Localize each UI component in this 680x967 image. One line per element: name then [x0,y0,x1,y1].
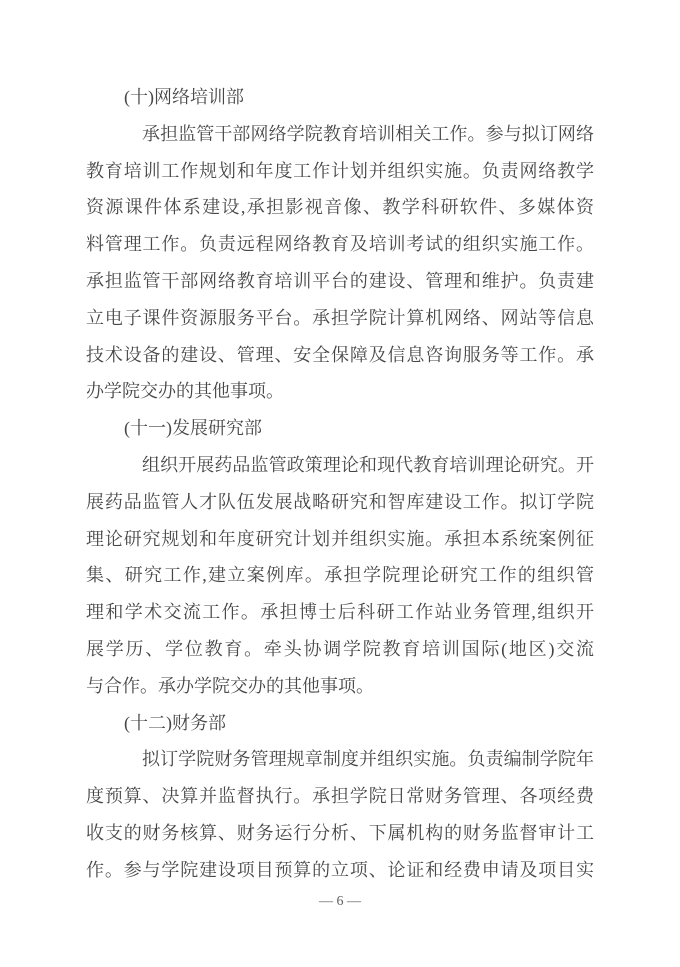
text-line: 承担监管干部网络学院教育培训相关工作。参与拟订网络 [86,116,594,153]
document-body: (十)网络培训部承担监管干部网络学院教育培训相关工作。参与拟订网络教育培训工作规… [86,79,594,889]
section-heading: (十)网络培训部 [86,79,594,116]
page-number: — 6 — [319,894,361,909]
text-line: 办学院交办的其他事项。 [86,373,594,410]
text-line: 承担监管干部网络教育培训平台的建设、管理和维护。负责建 [86,263,594,300]
section-heading: (十一)发展研究部 [86,410,594,447]
text-line: 收支的财务核算、财务运行分析、下属机构的财务监督审计工 [86,815,594,852]
text-line: 与合作。承办学院交办的其他事项。 [86,668,594,705]
text-line: 展学历、学位教育。牵头协调学院教育培训国际(地区)交流 [86,631,594,668]
page-footer: — 6 — [0,892,680,912]
text-line: 技术设备的建设、管理、安全保障及信息咨询服务等工作。承 [86,337,594,374]
text-line: 立电子课件资源服务平台。承担学院计算机网络、网站等信息 [86,300,594,337]
text-line: 组织开展药品监管政策理论和现代教育培训理论研究。开 [86,447,594,484]
text-line: 度预算、决算并监督执行。承担学院日常财务管理、各项经费 [86,778,594,815]
text-line: 理和学术交流工作。承担博士后科研工作站业务管理,组织开 [86,594,594,631]
text-line: 料管理工作。负责远程网络教育及培训考试的组织实施工作。 [86,226,594,263]
text-line: 资源课件体系建设,承担影视音像、教学科研软件、多媒体资 [86,189,594,226]
section-heading: (十二)财务部 [86,705,594,742]
text-line: 展药品监管人才队伍发展战略研究和智库建设工作。拟订学院 [86,484,594,521]
document-page: (十)网络培训部承担监管干部网络学院教育培训相关工作。参与拟订网络教育培训工作规… [0,0,680,967]
text-line: 理论研究规划和年度研究计划并组织实施。承担本系统案例征 [86,521,594,558]
text-line: 拟订学院财务管理规章制度并组织实施。负责编制学院年 [86,741,594,778]
text-line: 作。参与学院建设项目预算的立项、论证和经费申请及项目实 [86,852,594,889]
text-line: 集、研究工作,建立案例库。承担学院理论研究工作的组织管 [86,557,594,594]
text-line: 教育培训工作规划和年度工作计划并组织实施。负责网络教学 [86,153,594,190]
